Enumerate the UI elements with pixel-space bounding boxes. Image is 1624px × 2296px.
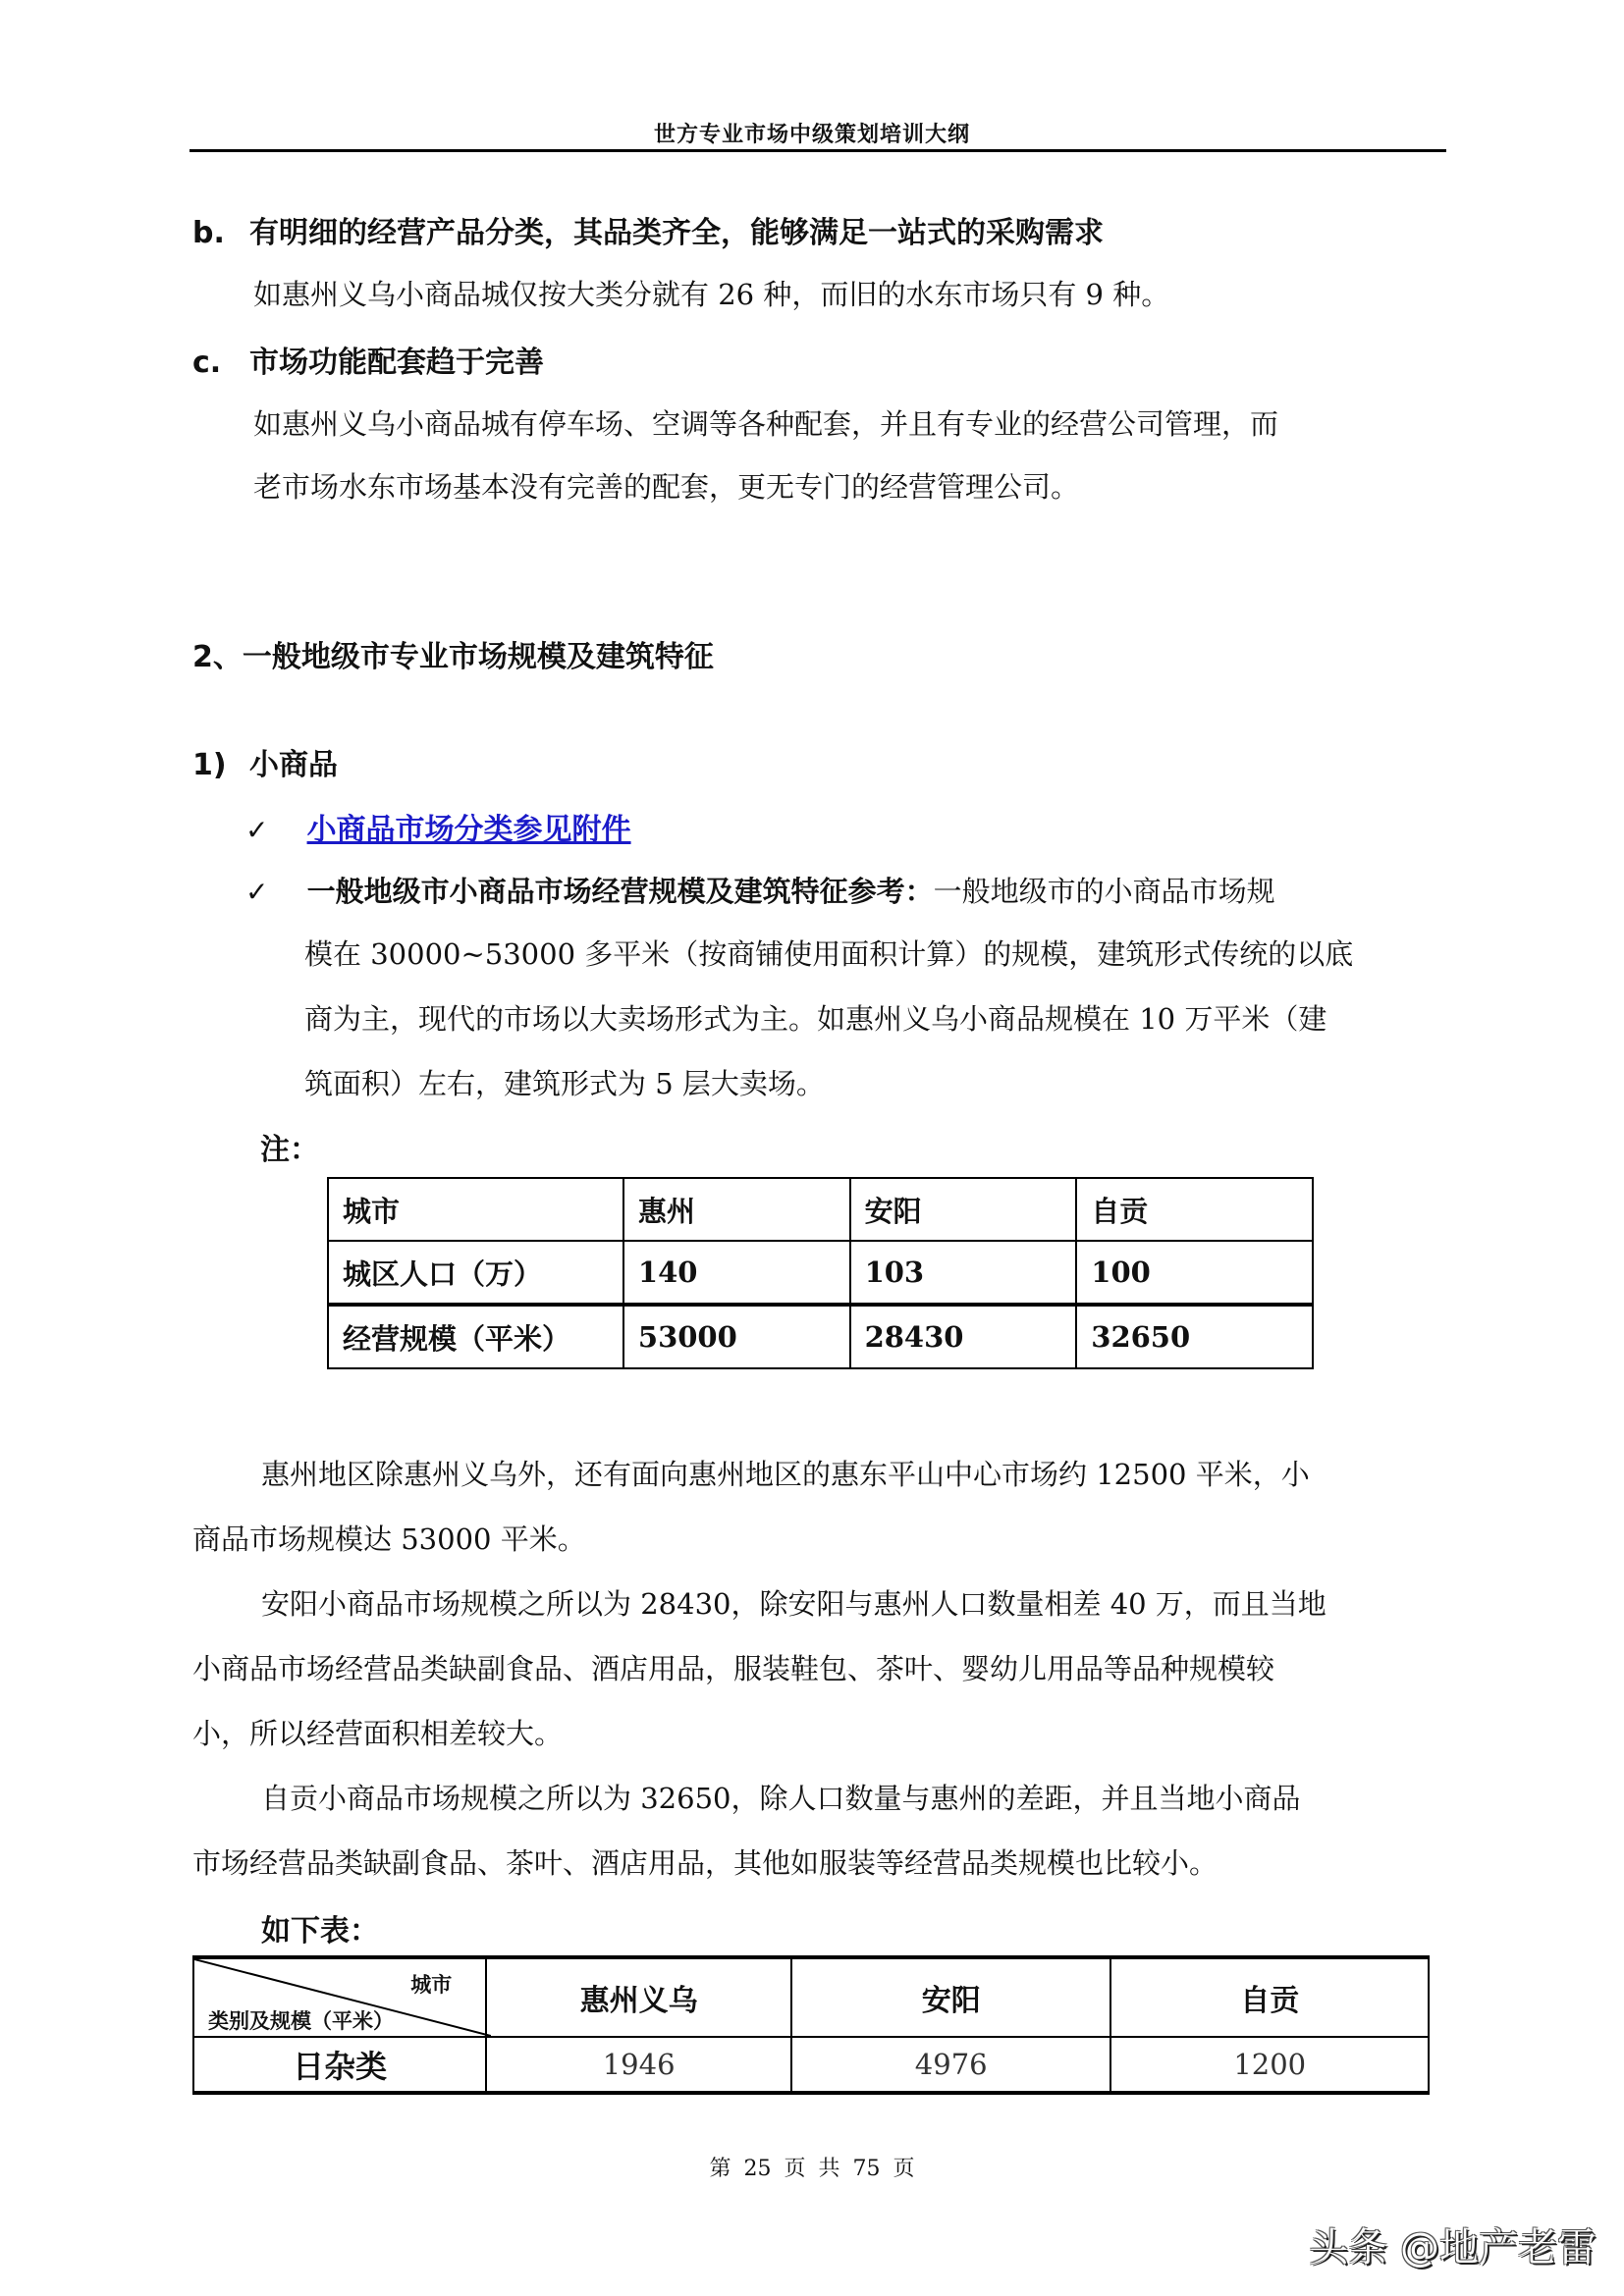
para-2-line-1: 安阳小商品市场规模之所以为 28430，除安阳与惠州人口数量相差 40 万，而且… xyxy=(261,1582,1326,1623)
section-b-marker: b. xyxy=(192,216,249,250)
section-c-heading-text: 市场功能配套趋于完善 xyxy=(249,346,544,380)
category-scale-table: 城市 类别及规模（平米） 惠州义乌 安阳 自贡 日杂类 1946 4976 12… xyxy=(192,1955,1430,2095)
table-cell: 53000 xyxy=(623,1305,850,1368)
bullet-scale-line-4: 筑面积）左右，建筑形式为 5 层大卖场。 xyxy=(304,1062,825,1102)
section-c-body-line-2: 老市场水东市场基本没有完善的配套，更无专门的经营管理公司。 xyxy=(253,465,1079,506)
table-cell: 安阳 xyxy=(850,1178,1077,1241)
para-1-line-2: 商品市场规模达 53000 平米。 xyxy=(192,1518,586,1558)
section-2-heading: 2、一般地级市专业市场规模及建筑特征 xyxy=(192,632,714,675)
table-column-header: 自贡 xyxy=(1110,1957,1429,2037)
header-divider xyxy=(189,149,1446,152)
section-c-marker: c. xyxy=(192,346,249,380)
table-intro-label: 如下表： xyxy=(261,1906,379,1949)
para-1-line-1: 惠州地区除惠州义乌外，还有面向惠州地区的惠东平山中心市场约 12500 平米，小 xyxy=(261,1453,1310,1493)
para-2-line-2: 小商品市场经营品类缺副食品、酒店用品，服装鞋包、茶叶、婴幼儿用品等品种规模较 xyxy=(192,1647,1274,1687)
section-b-heading: b.有明细的经营产品分类，其品类齐全，能够满足一站式的采购需求 xyxy=(192,208,1104,251)
section-b-body: 如惠州义乌小商品城仅按大类分就有 26 种，而旧的水东市场只有 9 种。 xyxy=(253,273,1169,313)
attachment-link[interactable]: 小商品市场分类参见附件 xyxy=(307,813,631,847)
table-header-row: 城市 惠州 安阳 自贡 xyxy=(328,1178,1313,1241)
bullet-scale-line-3: 商为主，现代的市场以大卖场形式为主。如惠州义乌小商品规模在 10 万平米（建 xyxy=(304,997,1326,1038)
note-label: 注： xyxy=(260,1125,319,1168)
para-3-line-1: 自贡小商品市场规模之所以为 32650，除人口数量与惠州的差距，并且当地小商品 xyxy=(261,1777,1300,1817)
table-cell: 惠州 xyxy=(623,1178,850,1241)
table-cell: 140 xyxy=(623,1241,850,1305)
table-row: 经营规模（平米） 53000 28430 32650 xyxy=(328,1305,1313,1368)
section-c-heading: c.市场功能配套趋于完善 xyxy=(192,338,544,381)
corner-label-city: 城市 xyxy=(410,1969,452,1999)
para-2-line-3: 小，所以经营面积相差较大。 xyxy=(192,1712,563,1752)
bullet-scale-line-1: 一般地级市小商品市场经营规模及建筑特征参考：一般地级市的小商品市场规 xyxy=(307,875,1275,908)
table-cell: 100 xyxy=(1076,1241,1313,1305)
table-header-row: 城市 类别及规模（平米） 惠州义乌 安阳 自贡 xyxy=(193,1957,1429,2037)
table-cell: 城区人口（万） xyxy=(328,1241,623,1305)
section-c-body-line-1: 如惠州义乌小商品城有停车场、空调等各种配套，并且有专业的经营公司管理，而 xyxy=(253,402,1278,443)
city-comparison-table: 城市 惠州 安阳 自贡 城区人口（万） 140 103 100 经营规模（平米）… xyxy=(327,1177,1314,1369)
table-column-header: 安阳 xyxy=(791,1957,1110,2037)
table-row: 日杂类 1946 4976 1200 xyxy=(193,2037,1429,2093)
bullet-link-item: ✓ 小商品市场分类参见附件 xyxy=(245,805,631,848)
table-cell: 103 xyxy=(850,1241,1077,1305)
bullet-scale-reference: ✓ 一般地级市小商品市场经营规模及建筑特征参考：一般地级市的小商品市场规 xyxy=(245,870,1275,910)
table-cell: 城市 xyxy=(328,1178,623,1241)
bullet-line-1-text: 一般地级市的小商品市场规 xyxy=(934,875,1275,908)
subsection-1-heading-text: 小商品 xyxy=(249,748,338,782)
checkmark-icon: ✓ xyxy=(245,876,268,908)
table-cell: 1946 xyxy=(486,2037,791,2093)
corner-label-category: 类别及规模（平米） xyxy=(208,2005,394,2035)
diagonal-header-cell: 城市 类别及规模（平米） xyxy=(193,1957,486,2037)
document-header-title: 世方专业市场中级策划培训大纲 xyxy=(0,118,1624,148)
table-column-header: 惠州义乌 xyxy=(486,1957,791,2037)
table-cell: 经营规模（平米） xyxy=(328,1305,623,1368)
row-label: 日杂类 xyxy=(193,2037,486,2093)
table-cell: 1200 xyxy=(1110,2037,1429,2093)
table-cell: 自贡 xyxy=(1076,1178,1313,1241)
page-number-footer: 第 25 页 共 75 页 xyxy=(0,2152,1624,2182)
para-3-line-2: 市场经营品类缺副食品、茶叶、酒店用品，其他如服装等经营品类规模也比较小。 xyxy=(192,1842,1218,1882)
section-b-heading-text: 有明细的经营产品分类，其品类齐全，能够满足一站式的采购需求 xyxy=(249,216,1104,250)
table-cell: 32650 xyxy=(1076,1305,1313,1368)
table-cell: 28430 xyxy=(850,1305,1077,1368)
watermark: 头条 @地产老雷 xyxy=(1309,2216,1597,2272)
subsection-1-heading: 1)小商品 xyxy=(192,740,338,783)
bullet-bold-lead: 一般地级市小商品市场经营规模及建筑特征参考： xyxy=(307,875,934,908)
bullet-scale-line-2: 模在 30000~53000 多平米（按商铺使用面积计算）的规模，建筑形式传统的… xyxy=(304,933,1353,973)
table-row: 城区人口（万） 140 103 100 xyxy=(328,1241,1313,1305)
table-cell: 4976 xyxy=(791,2037,1110,2093)
checkmark-icon: ✓ xyxy=(245,814,268,846)
subsection-1-marker: 1) xyxy=(192,748,249,782)
